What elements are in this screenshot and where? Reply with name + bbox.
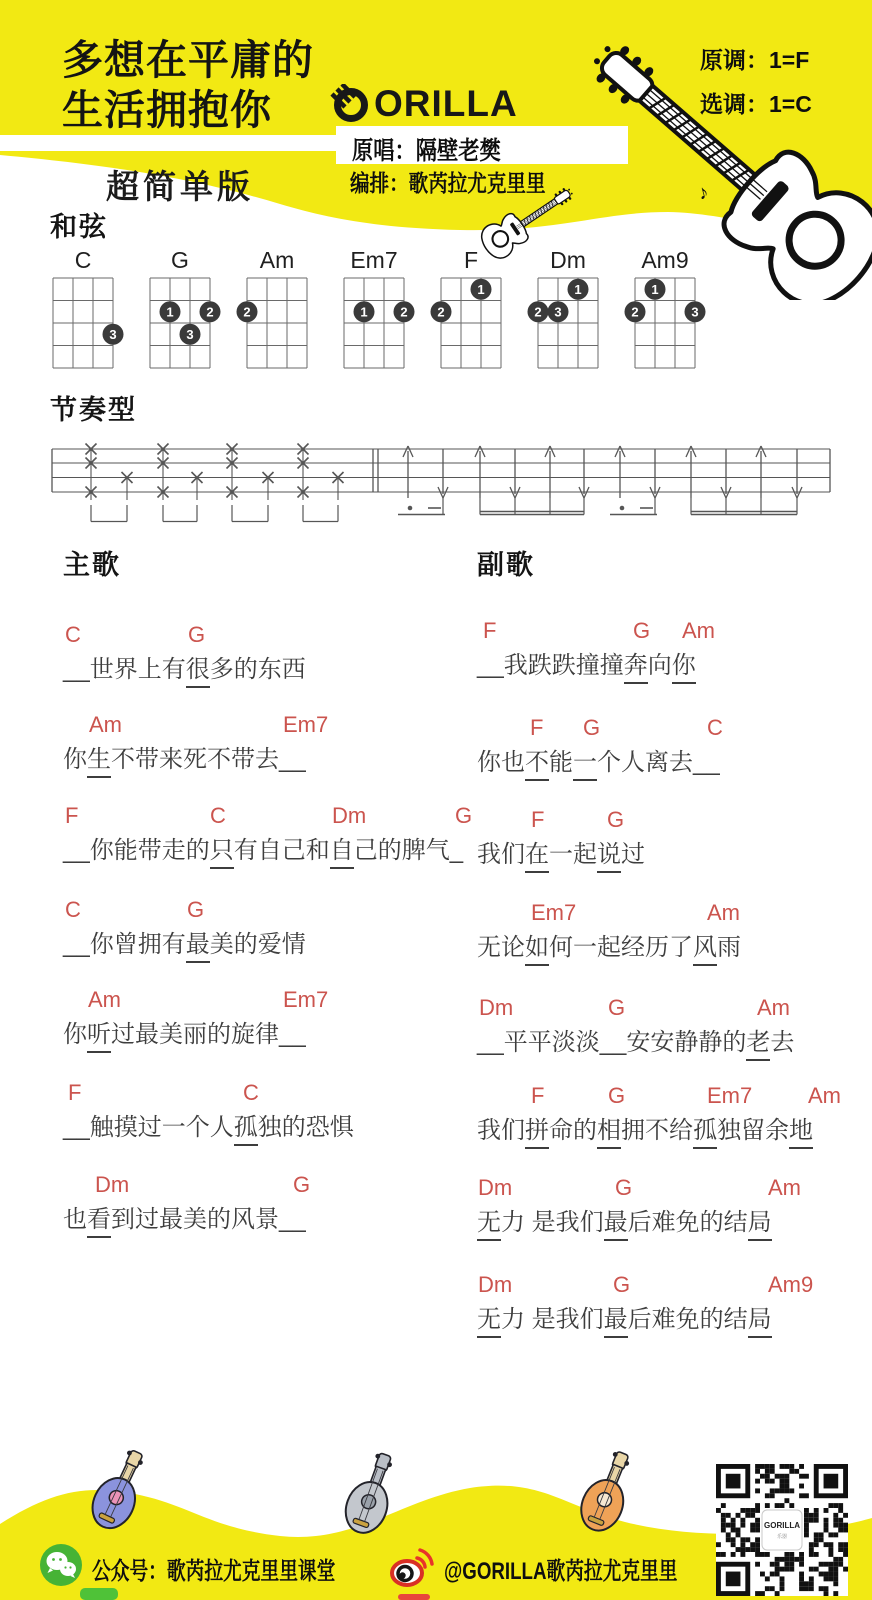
chorus-line-7-lyrics: 无力 是我们最后难免的结局 xyxy=(477,1202,772,1237)
verse-line-5-lyrics: 你听过最美丽的旋律__ xyxy=(63,1014,306,1049)
chord-label-G: G xyxy=(613,1272,630,1298)
chord-label-Dm: Dm xyxy=(478,1175,512,1201)
verse-line-6-chords: FC xyxy=(63,1080,483,1106)
weibo-icon xyxy=(386,1542,436,1592)
chord-label-G: G xyxy=(607,807,624,833)
chord-label-Em7: Em7 xyxy=(283,987,328,1013)
chorus-line-4-lyrics: 无论如何一起经历了风雨 xyxy=(477,927,741,962)
chord-label-Em7: Em7 xyxy=(707,1083,752,1109)
verse-line-1-chords: CG xyxy=(63,622,483,648)
chord-label-G: G xyxy=(187,897,204,923)
chorus-line-6-lyrics: 我们拼命的相拥不给孤独留余地 xyxy=(477,1110,813,1145)
chord-label-F: F xyxy=(68,1080,81,1106)
chord-label-G: G xyxy=(188,622,205,648)
verse-line-7-chords: DmG xyxy=(63,1172,483,1198)
chord-label-Am: Am xyxy=(757,995,790,1021)
verse-line-3-lyrics: __你能带走的只有自己和自己的脾气_ xyxy=(63,830,463,865)
chord-label-F: F xyxy=(65,803,78,829)
chorus-line-6-chords: FGEm7Am xyxy=(477,1083,872,1109)
svg-text:GORILLA: GORILLA xyxy=(764,1521,800,1530)
wechat-icon xyxy=(38,1542,84,1588)
chord-label-Dm: Dm xyxy=(479,995,513,1021)
chord-label-C: C xyxy=(707,715,723,741)
verse-line-6-lyrics: __触摸过一个人孤独的恐惧 xyxy=(63,1107,354,1142)
ukulele-icon-3 xyxy=(574,1446,642,1537)
chord-label-G: G xyxy=(633,618,650,644)
chord-label-C: C xyxy=(65,622,81,648)
verse-heading: 主歌 xyxy=(63,543,121,582)
chorus-line-1-lyrics: __我跌跌撞撞奔向你 xyxy=(477,645,696,680)
chord-label-Am: Am xyxy=(89,712,122,738)
chord-label-G: G xyxy=(583,715,600,741)
verse-line-5-chords: AmEm7 xyxy=(63,987,483,1013)
chord-label-F: F xyxy=(483,618,496,644)
chorus-line-8-chords: DmGAm9 xyxy=(477,1272,872,1298)
chorus-line-4-chords: Em7Am xyxy=(477,900,872,926)
qr-code: GORILLA乐器 xyxy=(716,1464,848,1596)
chord-label-C: C xyxy=(243,1080,259,1106)
verse-line-1-lyrics: __世界上有很多的东西 xyxy=(63,649,306,684)
chorus-line-2-lyrics: 你也不能一个人离去__ xyxy=(477,742,720,777)
verse-line-4-chords: CG xyxy=(63,897,483,923)
chorus-line-3-lyrics: 我们在一起说过 xyxy=(477,834,645,869)
chorus-line-3-chords: FG xyxy=(477,807,872,833)
wechat-account-label: 公众号：歌芮拉尤克里里课堂 xyxy=(92,1551,335,1586)
chord-label-Am: Am xyxy=(682,618,715,644)
chord-label-Em7: Em7 xyxy=(283,712,328,738)
verse-line-2-chords: AmEm7 xyxy=(63,712,483,738)
chorus-heading: 副歌 xyxy=(477,543,535,582)
chord-label-Em7: Em7 xyxy=(531,900,576,926)
chord-label-Am: Am xyxy=(707,900,740,926)
chord-label-Dm: Dm xyxy=(478,1272,512,1298)
chord-label-Dm: Dm xyxy=(332,803,366,829)
partial-icon-green xyxy=(80,1588,118,1600)
chord-label-G: G xyxy=(455,803,472,829)
chord-label-F: F xyxy=(531,1083,544,1109)
partial-icon-red xyxy=(398,1594,430,1600)
chorus-line-7-chords: DmGAm xyxy=(477,1175,872,1201)
chord-label-Am9: Am9 xyxy=(768,1272,813,1298)
chord-label-G: G xyxy=(608,995,625,1021)
chorus-line-1-chords: FGAm xyxy=(477,618,872,644)
chord-label-G: G xyxy=(615,1175,632,1201)
chord-label-G: G xyxy=(293,1172,310,1198)
weibo-account-label: @GORILLA歌芮拉尤克里里 xyxy=(444,1551,678,1586)
chord-label-Am: Am xyxy=(88,987,121,1013)
chord-label-C: C xyxy=(210,803,226,829)
verse-line-2-lyrics: 你生不带来死不带去__ xyxy=(63,739,306,774)
chord-label-G: G xyxy=(608,1083,625,1109)
chord-label-Dm: Dm xyxy=(95,1172,129,1198)
verse-line-3-chords: FCDmG xyxy=(63,803,483,829)
chorus-line-2-chords: FGC xyxy=(477,715,872,741)
chord-label-Am: Am xyxy=(768,1175,801,1201)
chord-label-Am: Am xyxy=(808,1083,841,1109)
svg-text:乐器: 乐器 xyxy=(777,1533,787,1540)
chord-label-F: F xyxy=(530,715,543,741)
verse-line-4-lyrics: __你曾拥有最美的爱情 xyxy=(63,924,306,959)
chorus-line-8-lyrics: 无力 是我们最后难免的结局 xyxy=(477,1299,772,1334)
chord-label-C: C xyxy=(65,897,81,923)
chorus-line-5-lyrics: __平平淡淡__安安静静的老去 xyxy=(477,1022,794,1057)
chord-label-F: F xyxy=(531,807,544,833)
lyrics-area: 主歌CG__世界上有很多的东西AmEm7你生不带来死不带去__FCDmG__你能… xyxy=(0,0,872,1430)
chorus-line-5-chords: DmGAm xyxy=(477,995,872,1021)
verse-line-7-lyrics: 也看到过最美的风景__ xyxy=(63,1199,306,1234)
